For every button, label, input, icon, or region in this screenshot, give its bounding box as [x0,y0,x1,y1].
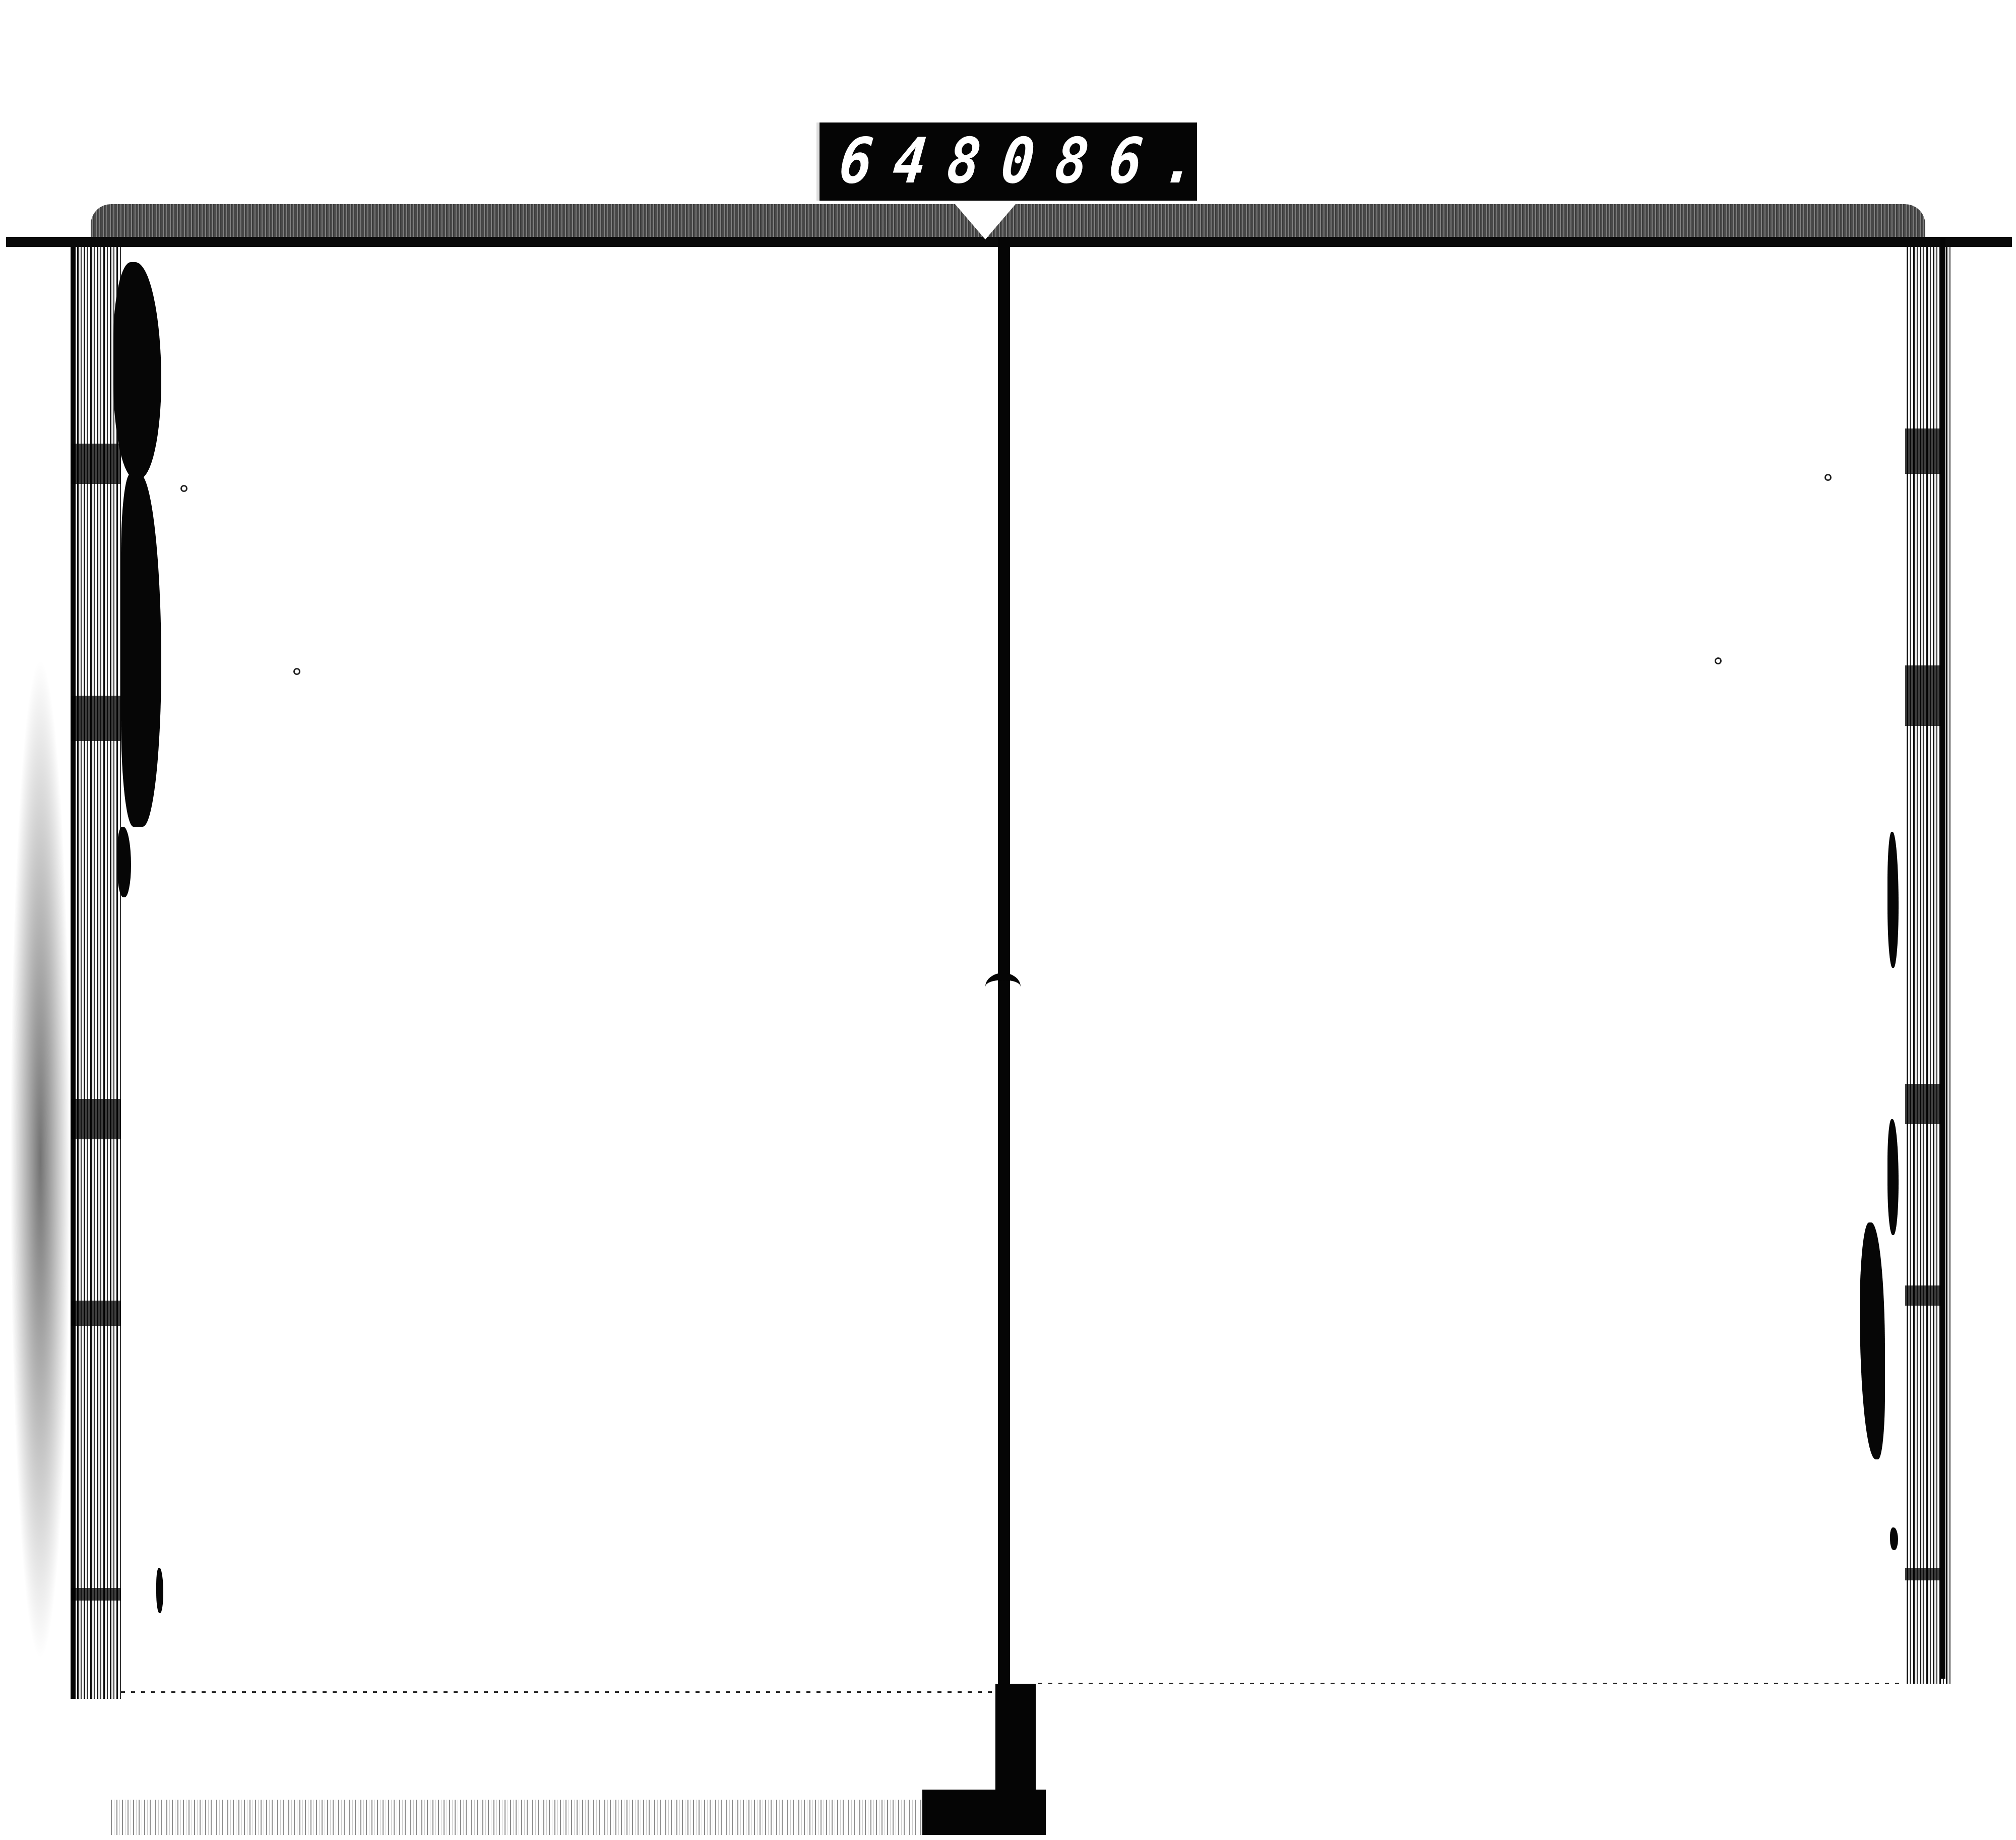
left-page [121,247,995,1689]
page-speck [1715,657,1722,664]
page-speck [1824,474,1832,481]
gutter-bottom-block [922,1790,1046,1835]
book-bottom-edge [111,1800,927,1835]
left-shadow [10,655,71,1664]
frame-number: 086. [998,130,1221,193]
left-edge-band [71,696,121,741]
left-page-bottom-edge [121,1691,998,1693]
reel-number: 648 [836,130,1004,193]
left-edge-band [71,1301,121,1326]
page-speck [293,668,300,675]
right-page-mark [1890,1527,1898,1550]
left-edge-band [71,1588,121,1601]
right-edge-band [1900,1285,1940,1306]
right-page-bottom-edge [1038,1683,1905,1684]
left-edge-band [71,1099,121,1139]
right-edge-band [1905,1568,1940,1580]
right-edge-band [1900,1084,1940,1124]
right-page [1028,247,1905,1689]
left-edge-band [71,444,121,484]
right-edge-band [1900,665,1940,726]
book-gutter [998,237,1010,1689]
right-edge-band [1900,428,1940,474]
frame-label: 648 086. [816,122,1197,201]
right-edge-line [1940,237,1945,1679]
gutter-notch [955,204,1016,239]
gutter-thread [985,973,1021,1000]
scanned-document: 648 086. [0,0,2016,1840]
page-speck [180,485,187,492]
